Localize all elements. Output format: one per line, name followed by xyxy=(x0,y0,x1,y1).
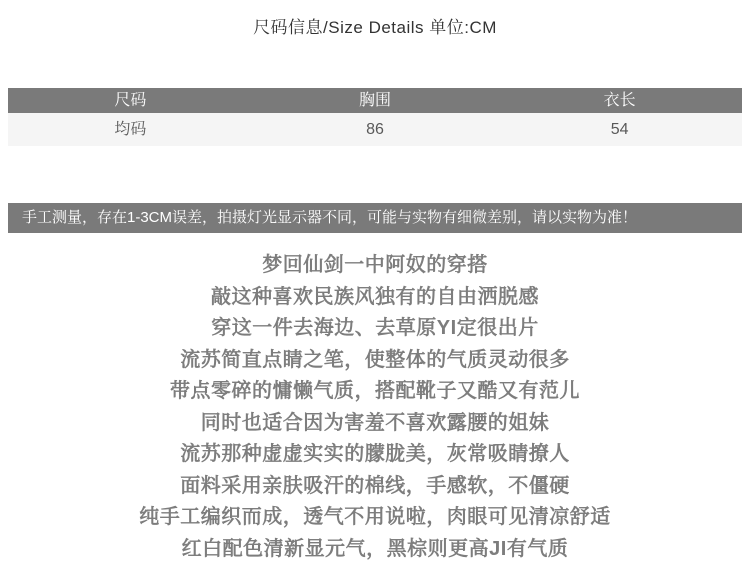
description-line: 流苏那种虚虚实实的朦胧美，灰常吸睛撩人 xyxy=(0,439,750,471)
size-table-data-row: 均码 86 54 xyxy=(8,113,742,146)
size-table: 尺码 胸围 衣长 均码 86 54 xyxy=(8,88,742,146)
product-description: 梦回仙剑一中阿奴的穿搭 敲这种喜欢民族风独有的自由洒脱感 穿这一件去海边、去草原… xyxy=(0,250,750,565)
size-table-header-size: 尺码 xyxy=(8,88,253,113)
description-line: 敲这种喜欢民族风独有的自由洒脱感 xyxy=(0,282,750,314)
description-line: 穿这一件去海边、去草原YI定很出片 xyxy=(0,313,750,345)
description-line: 面料采用亲肤吸汗的棉线，手感软，不僵硬 xyxy=(0,471,750,503)
description-line: 红白配色清新显元气，黑棕则更高JI有气质 xyxy=(0,534,750,566)
description-line: 纯手工编织而成，透气不用说啦，肉眼可见清凉舒适 xyxy=(0,502,750,534)
size-details-page: 尺码信息/Size Details 单位:CM 尺码 胸围 衣长 均码 86 5… xyxy=(0,0,750,577)
size-table-header-row: 尺码 胸围 衣长 xyxy=(8,88,742,113)
description-line: 同时也适合因为害羞不喜欢露腰的姐妹 xyxy=(0,408,750,440)
size-table-header-chest: 胸围 xyxy=(253,88,498,113)
page-title: 尺码信息/Size Details 单位:CM xyxy=(0,13,750,38)
size-value-cell: 均码 xyxy=(8,113,253,146)
description-line: 带点零碎的慵懒气质，搭配靴子又酷又有范儿 xyxy=(0,376,750,408)
description-line: 梦回仙剑一中阿奴的穿搭 xyxy=(0,250,750,282)
measurement-notice-bar: 手工测量，存在1-3CM误差，拍摄灯光显示器不同，可能与实物有细微差别，请以实物… xyxy=(8,203,742,233)
length-value-cell: 54 xyxy=(497,113,742,146)
size-table-header-length: 衣长 xyxy=(497,88,742,113)
description-line: 流苏简直点睛之笔，使整体的气质灵动很多 xyxy=(0,345,750,377)
chest-value-cell: 86 xyxy=(253,113,498,146)
